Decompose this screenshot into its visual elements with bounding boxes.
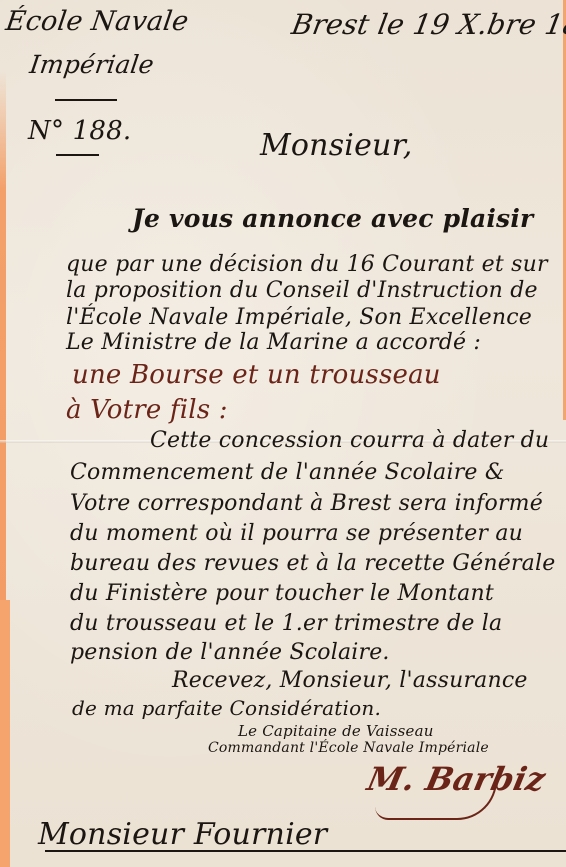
body-line: bureau des revues et à la recette Généra… (70, 551, 555, 576)
body-line: Commencement de l'année Scolaire & (70, 460, 505, 485)
grant-line: à Votre fils : (66, 395, 228, 425)
letter-number: N° 188. (28, 116, 131, 146)
institution-line-2: Impériale (28, 50, 156, 79)
closing-line: de ma parfaite Considération. (72, 696, 381, 720)
signatory-position: Commandant l'École Navale Impériale (208, 740, 489, 756)
closing-line: Recevez, Monsieur, l'assurance (172, 668, 528, 693)
letterhead-rule-top (55, 99, 117, 101)
body-line: du Finistère pour toucher le Montant (70, 581, 494, 606)
body-line: l'École Navale Impériale, Son Excellence (66, 305, 532, 330)
body-line: la proposition du Conseil d'Instruction … (66, 278, 538, 303)
body-line: que par une décision du 16 Courant et su… (66, 252, 548, 277)
body-line: Je vous annonce avec plaisir (132, 204, 533, 233)
salutation: Monsieur, (260, 128, 413, 163)
letterhead-rule-bottom (56, 154, 99, 156)
body-line: Le Ministre de la Marine a accordé : (66, 330, 481, 355)
addressee: Monsieur Fournier (38, 817, 327, 852)
grant-line: une Bourse et un trousseau (72, 360, 441, 390)
institution-line-1: École Navale (4, 6, 191, 37)
body-line: Cette concession courra à dater du (150, 428, 549, 453)
body-line: pension de l'année Scolaire. (70, 640, 390, 665)
body-line: du moment où il pourra se présenter au (70, 521, 523, 546)
dateline: Brest le 19 X.bre 1873. (289, 8, 566, 41)
body-line: Votre correspondant à Brest sera informé (70, 491, 543, 516)
body-line: du trousseau et le 1.er trimestre de la (70, 611, 502, 636)
addressee-underline (45, 850, 566, 852)
left-edge-background-lower (0, 600, 10, 867)
signatory-title: Le Capitaine de Vaisseau (238, 722, 434, 740)
